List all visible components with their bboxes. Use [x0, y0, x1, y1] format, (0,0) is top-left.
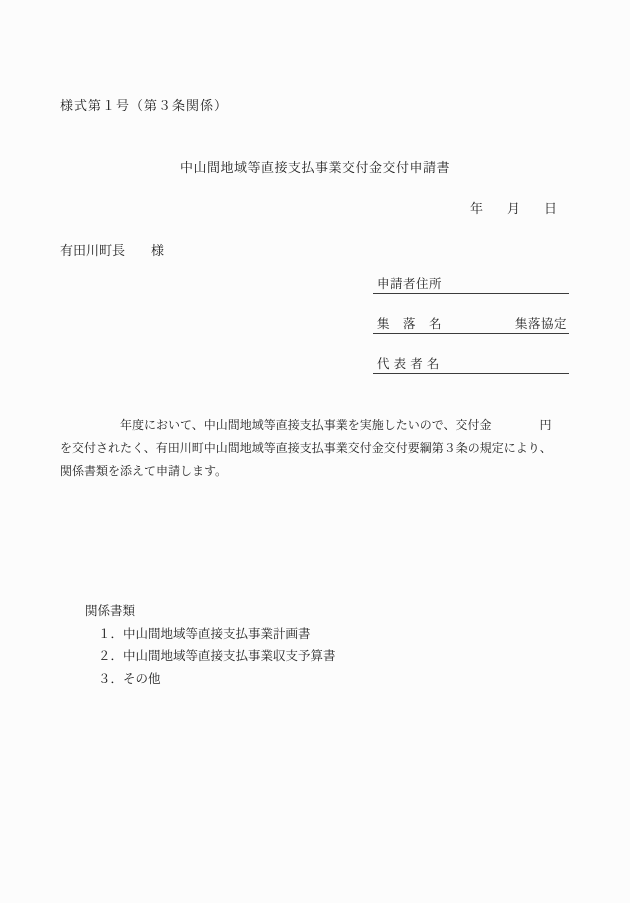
- application-form-page: 様式第１号（第３条関係） 中山間地域等直接支払事業交付金交付申請書 年 月 日 …: [0, 0, 630, 903]
- attachment-item-3: ３．その他: [98, 668, 336, 691]
- date-year-label: 年: [470, 198, 483, 217]
- representative-name-label: 代 表 者 名: [377, 354, 440, 372]
- settlement-name-label: 集 落 名: [377, 314, 442, 332]
- attachment-item-1: １．中山間地域等直接支払事業計画書: [98, 623, 336, 646]
- document-title: 中山間地域等直接支払事業交付金交付申請書: [0, 157, 630, 176]
- body-line-1: 年度において、中山間地域等直接支払事業を実施したいので、交付金 円: [60, 414, 572, 437]
- body-line-2: を交付されたく、有田川町中山間地域等直接支払事業交付金交付要綱第３条の規定により…: [60, 437, 572, 460]
- date-line: 年 月 日: [470, 198, 557, 217]
- settlement-name-field: 集 落 名 集落協定: [373, 316, 569, 334]
- applicant-address-label: 申請者住所: [377, 274, 442, 292]
- settlement-agreement-suffix: 集落協定: [515, 314, 567, 332]
- attachment-item-2: ２．中山間地域等直接支払事業収支予算書: [98, 645, 336, 668]
- application-body-paragraph: 年度において、中山間地域等直接支払事業を実施したいので、交付金 円 を交付された…: [60, 414, 572, 483]
- form-number: 様式第１号（第３条関係）: [60, 95, 228, 114]
- related-documents-heading: 関係書類: [85, 600, 336, 623]
- addressee-line: 有田川町長 様: [60, 240, 164, 259]
- date-day-label: 日: [544, 198, 557, 217]
- body-line-3: 関係書類を添えて申請します。: [60, 460, 572, 483]
- representative-name-field: 代 表 者 名: [373, 356, 569, 374]
- applicant-address-field: 申請者住所: [373, 276, 569, 294]
- date-month-label: 月: [507, 198, 520, 217]
- related-documents-section: 関係書類 １．中山間地域等直接支払事業計画書 ２．中山間地域等直接支払事業収支予…: [85, 600, 336, 690]
